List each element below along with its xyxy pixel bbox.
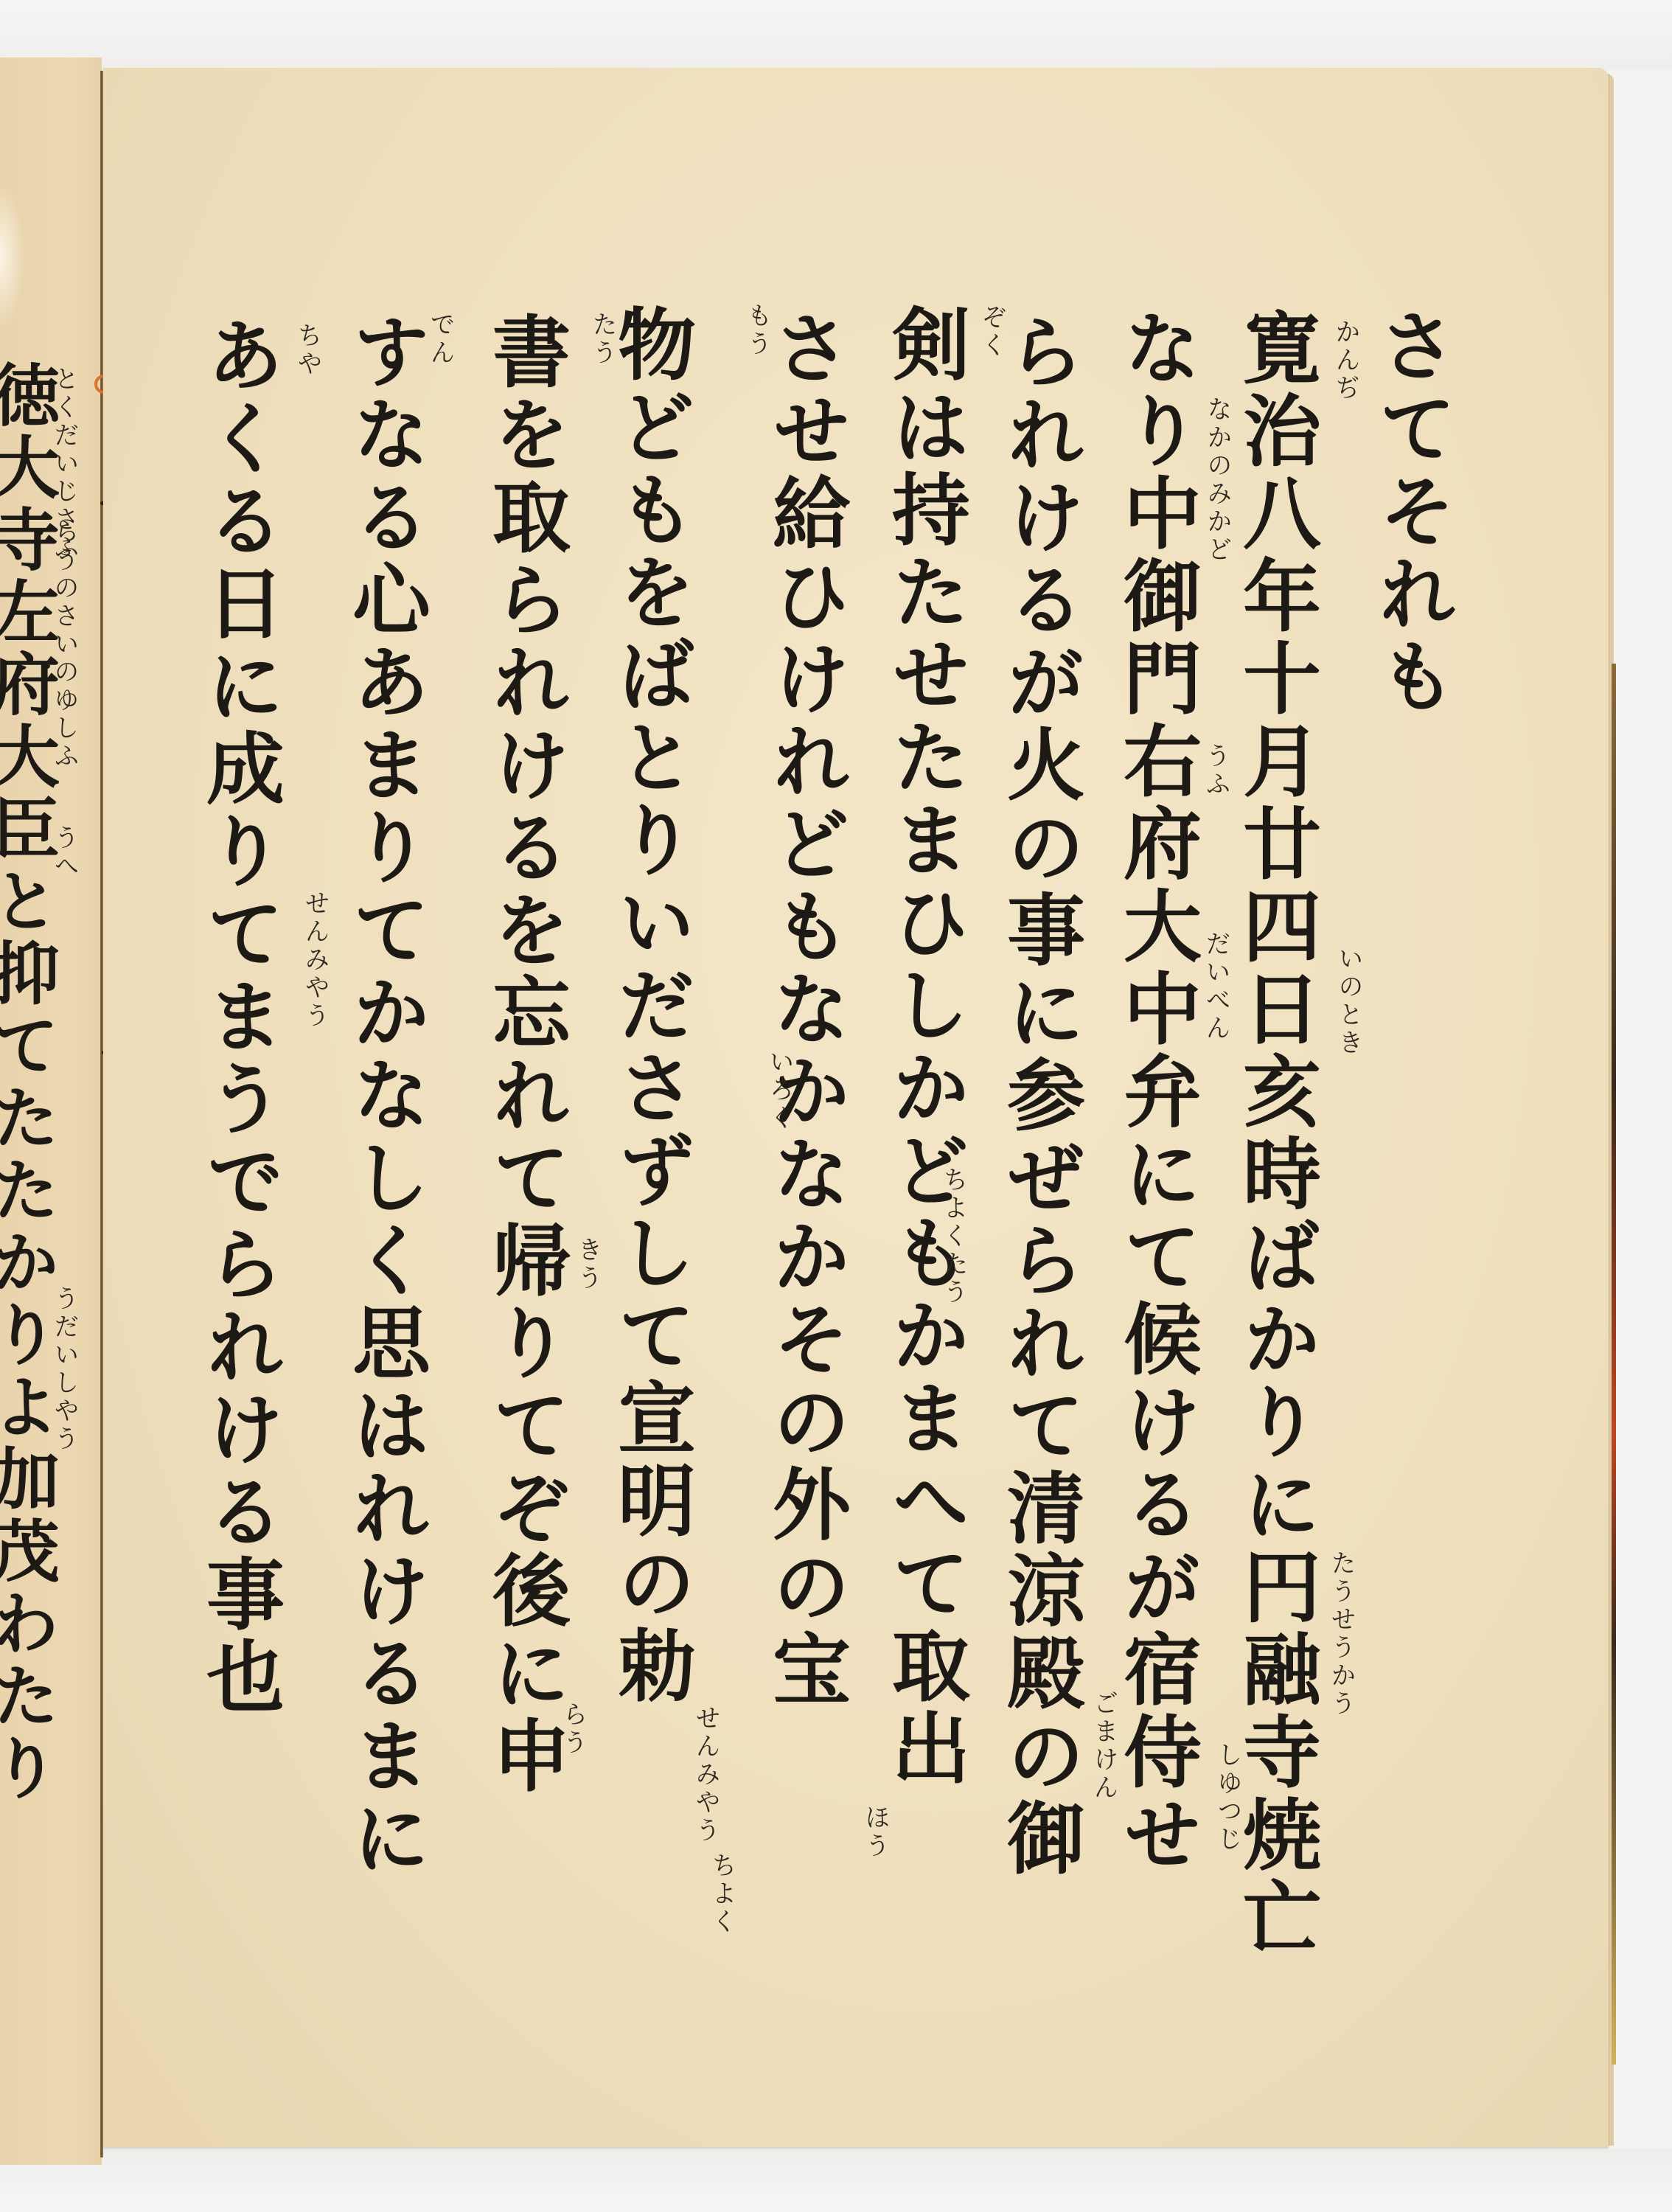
furigana: かんぢ: [1333, 319, 1358, 403]
text-column-9: すなる心あまりてかなしく思はれけるまに: [346, 311, 425, 1880]
left-page-furigana: うだいしやう: [52, 1285, 77, 1453]
text-column-2: 寛治八年十月廿四日亥時ばかりに円融寺焼亡: [1237, 307, 1315, 1959]
furigana: いろく: [767, 1048, 792, 1133]
furigana: きう: [575, 1237, 600, 1293]
text-column-6: させ給ひけれどもなかなかその外の宝: [767, 307, 845, 1711]
furigana: うふ: [1203, 742, 1228, 799]
furigana: いのとき: [1336, 945, 1361, 1057]
photo-backdrop-bottom: [0, 2149, 1672, 2212]
furigana: なかのみかど: [1205, 396, 1230, 564]
furigana: ごまけん: [1091, 1690, 1116, 1802]
furigana: たうせうかう: [1328, 1550, 1354, 1718]
furigana: らう: [560, 1701, 585, 1757]
cover-edge: [1612, 664, 1616, 2065]
text-column-5: 剣は持たせたまひしかどもかまへて取出: [886, 304, 964, 1790]
furigana: せんみやう: [693, 1705, 718, 1845]
text-column-1: さてそれも: [1373, 305, 1451, 718]
furigana: もう: [745, 302, 770, 358]
furigana: でん: [428, 311, 453, 367]
left-page-furigana: うへ: [52, 824, 77, 880]
text-column-7: 物どもをばとりいださずして宣明の勅: [612, 304, 690, 1708]
furigana: ぞく: [979, 304, 1004, 360]
furigana: せんみやう: [302, 890, 327, 1030]
furigana: ちよく: [709, 1852, 734, 1936]
furigana: だいべん: [1203, 931, 1228, 1043]
furigana: しゆつじ: [1215, 1742, 1240, 1854]
text-column-8: 書を取られけるを忘れて帰りてぞ後に申: [487, 311, 565, 1798]
photo-backdrop-top: [0, 0, 1672, 70]
left-page: 徳大寺左府大臣と抑てたたかりよ加茂わたり とくだいじさふ らうのさいのゆしふ う…: [0, 58, 102, 2165]
text-column-10: あくる日に成りてまうでられける事也: [201, 315, 279, 1719]
text-column-3: なり中御門右府大中弁にて候けるが宿侍せ: [1118, 307, 1196, 1877]
furigana: ちよくたう: [941, 1166, 966, 1307]
paper-glare: [0, 183, 25, 330]
left-page-column: 徳大寺左府大臣と抑てたたかりよ加茂わたり: [0, 360, 55, 1805]
furigana: ちや: [295, 322, 320, 378]
furigana: ほう: [863, 1804, 888, 1860]
furigana: たう: [590, 311, 615, 367]
left-page-furigana: らうのさいのゆしふ: [52, 518, 77, 771]
manuscript-page: さてそれも 寛治八年十月廿四日亥時ばかりに円融寺焼亡 なり中御門右府大中弁にて候…: [103, 68, 1609, 2147]
text-column-4: られけるが火の事に参ぜられて清涼殿の御: [1001, 311, 1079, 1880]
